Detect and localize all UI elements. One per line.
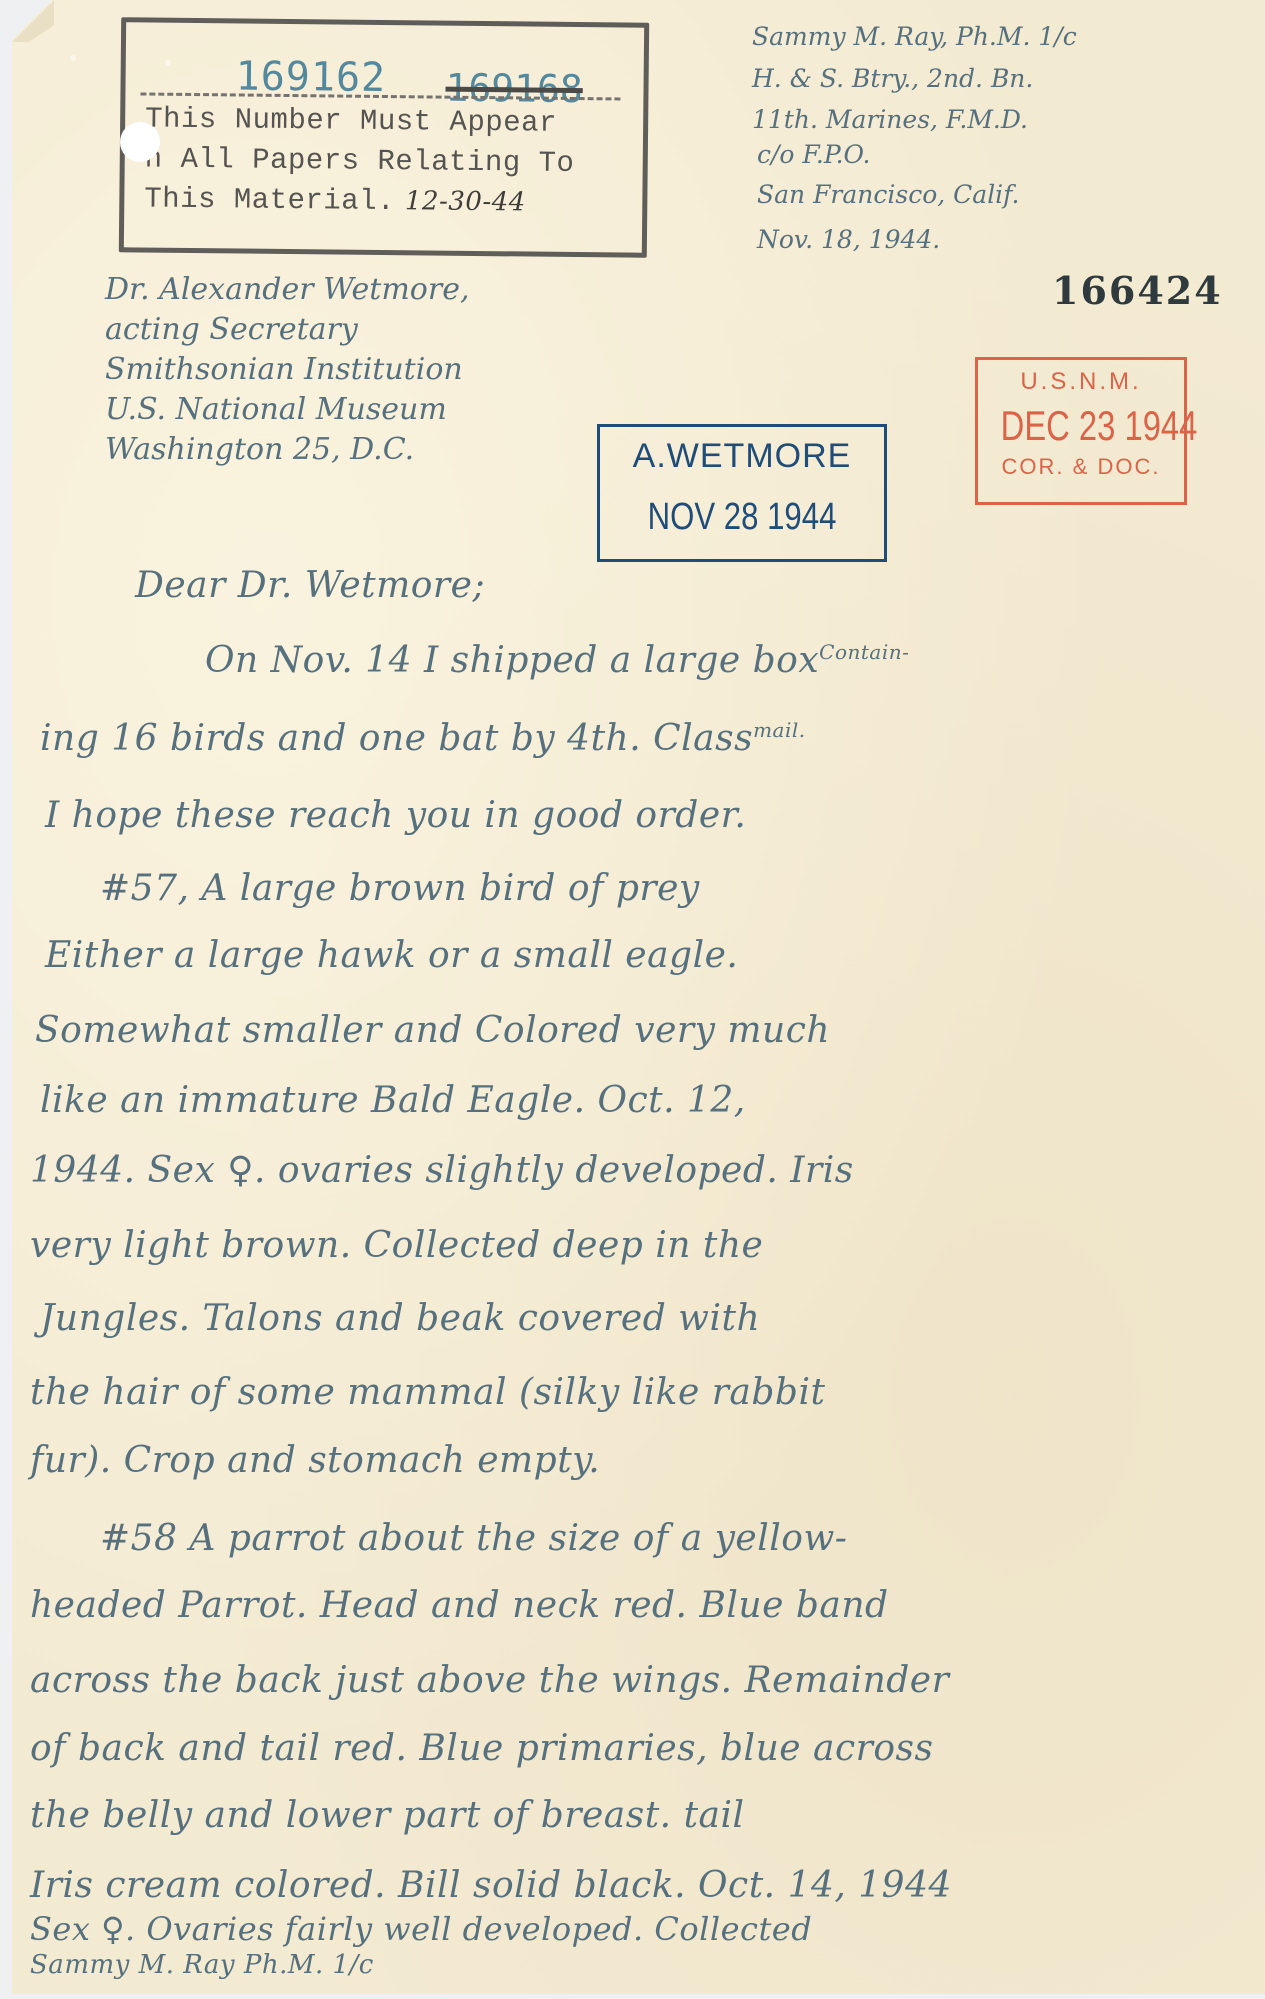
wetmore-received-stamp: A.WETMORE NOV 28 1944 bbox=[597, 424, 887, 562]
punch-hole bbox=[120, 122, 160, 162]
recipient-line: Dr. Alexander Wetmore, bbox=[105, 272, 469, 307]
insertion-text: Contain- bbox=[819, 640, 909, 664]
stamp-date: DEC 23 1944 bbox=[1001, 402, 1162, 450]
letter-line-text: ing 16 birds and one bat by 4th. Class bbox=[40, 718, 753, 759]
letter-line: very light brown. Collected deep in the bbox=[30, 1225, 763, 1266]
letter-line: #57, A large brown bird of prey bbox=[100, 868, 700, 909]
letter-line: On Nov. 14 I shipped a large boxContain- bbox=[205, 640, 909, 681]
stamp-title: U.S.N.M. bbox=[978, 368, 1184, 396]
struck-catalog-number: 169168 bbox=[445, 66, 583, 111]
accession-number: 166424 bbox=[1052, 268, 1223, 313]
letter-line: Iris cream colored. Bill solid black. Oc… bbox=[30, 1865, 952, 1906]
usnm-received-stamp: U.S.N.M. DEC 23 1944 COR. & DOC. bbox=[975, 357, 1187, 505]
catalog-stamp-line-text: This Material. bbox=[144, 182, 395, 218]
stamp-department: COR. & DOC. bbox=[978, 454, 1184, 480]
letter-line: I hope these reach you in good order. bbox=[45, 795, 746, 836]
sender-date: Nov. 18, 1944. bbox=[757, 225, 940, 254]
letter-line: the hair of some mammal (silky like rabb… bbox=[30, 1372, 825, 1413]
salutation: Dear Dr. Wetmore; bbox=[135, 565, 485, 606]
stamp-date: NOV 28 1944 bbox=[626, 496, 859, 539]
sender-line: H. & S. Btry., 2nd. Bn. bbox=[752, 64, 1033, 93]
sender-line: 11th. Marines, F.M.D. bbox=[752, 105, 1028, 134]
letter-line: of back and tail red. Blue primaries, bl… bbox=[30, 1728, 933, 1769]
letter-line: headed Parrot. Head and neck red. Blue b… bbox=[30, 1585, 889, 1626]
letter-line: #58 A parrot about the size of a yellow- bbox=[100, 1518, 847, 1559]
insertion-text: mail. bbox=[753, 718, 806, 742]
letter-line: ing 16 birds and one bat by 4th. Classma… bbox=[40, 718, 806, 759]
recipient-line: U.S. National Museum bbox=[105, 392, 447, 427]
catalog-stamp-line: n All Papers Relating To bbox=[145, 142, 575, 179]
catalog-stamp-line: This Number Must Appear bbox=[145, 102, 557, 139]
letter-line-text: On Nov. 14 I shipped a large box bbox=[205, 640, 819, 681]
sender-line: San Francisco, Calif. bbox=[757, 180, 1020, 209]
pin-hole-mark bbox=[70, 55, 76, 61]
recipient-line: Washington 25, D.C. bbox=[105, 432, 414, 467]
letter-line: Jungles. Talons and beak covered with bbox=[40, 1298, 760, 1339]
recipient-line: acting Secretary bbox=[105, 312, 358, 347]
catalog-stamp-date: 12-30-44 bbox=[405, 186, 526, 217]
letter-line: Somewhat smaller and Colored very much bbox=[35, 1010, 830, 1051]
stamp-name: A.WETMORE bbox=[600, 437, 884, 476]
catalog-stamp-line: This Material.12-30-44 bbox=[144, 182, 526, 219]
sender-line: Sammy M. Ray, Ph.M. 1/c bbox=[752, 22, 1077, 51]
signature: Sammy M. Ray Ph.M. 1/c bbox=[30, 1950, 374, 1980]
recipient-line: Smithsonian Institution bbox=[105, 352, 463, 387]
letter-line: the belly and lower part of breast. tail bbox=[30, 1795, 745, 1836]
letter-line: Sex ♀. Ovaries fairly well developed. Co… bbox=[30, 1910, 812, 1948]
letter-line: fur). Crop and stomach empty. bbox=[30, 1440, 600, 1481]
letter-line: across the back just above the wings. Re… bbox=[30, 1660, 949, 1701]
letter-line: 1944. Sex ♀. ovaries slightly developed.… bbox=[30, 1150, 854, 1191]
letter-line: like an immature Bald Eagle. Oct. 12, bbox=[40, 1080, 746, 1121]
sender-line: c/o F.P.O. bbox=[757, 140, 871, 169]
catalog-number-stamp: 169162 169168 This Number Must Appear n … bbox=[119, 17, 649, 258]
letter-line: Either a large hawk or a small eagle. bbox=[45, 935, 738, 976]
